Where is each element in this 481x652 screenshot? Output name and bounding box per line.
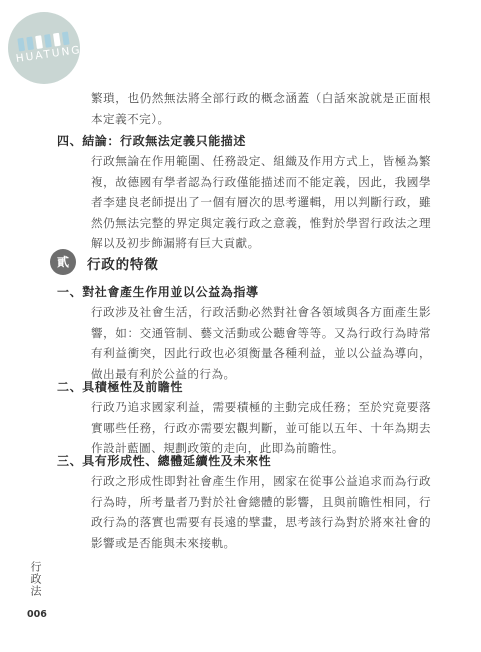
- subsection-heading-conclusion: 四、結論：行政無法定義只能描述: [57, 132, 246, 149]
- logo-bar: [26, 37, 34, 51]
- logo-bar: [44, 34, 52, 48]
- subsection-body-conclusion: 行政無論在作用範圍、任務設定、組織及作用方式上，皆極為繁複，故德國有學者認為行政…: [91, 151, 431, 254]
- intro-continuation-paragraph: 繁瑣，也仍然無法將全部行政的概念涵蓋（白話來說就是正面根本定義不完）。: [91, 88, 431, 129]
- logo-bar: [35, 35, 43, 49]
- feature-body-1: 行政涉及社會生活，行政活動必然對社會各領域與各方面產生影響，如：交通管制、藝文活…: [91, 302, 431, 384]
- feature-heading-1: 一、對社會產生作用並以公益為指導: [57, 283, 259, 300]
- book-side-title: 行政法: [28, 561, 42, 597]
- publisher-logo: HUATUNG: [8, 12, 80, 84]
- feature-body-2: 行政乃追求國家利益，需要積極的主動完成任務；至於究竟要落實哪些任務，行政亦需要宏…: [91, 397, 431, 459]
- logo-bar: [62, 32, 70, 46]
- section-number-badge: 貳: [50, 249, 76, 275]
- logo-bar: [53, 33, 61, 47]
- feature-body-3: 行政之形成性即對社會產生作用，國家在從事公益追求而為行政行為時，所考量者乃對於社…: [91, 471, 431, 553]
- logo-bar: [17, 38, 25, 52]
- page-number: 006: [27, 609, 47, 620]
- feature-heading-3: 三、具有形成性、總體延續性及未來性: [57, 452, 271, 469]
- section-title: 行政的特徵: [87, 253, 159, 273]
- feature-heading-2: 二、具積極性及前瞻性: [57, 378, 183, 395]
